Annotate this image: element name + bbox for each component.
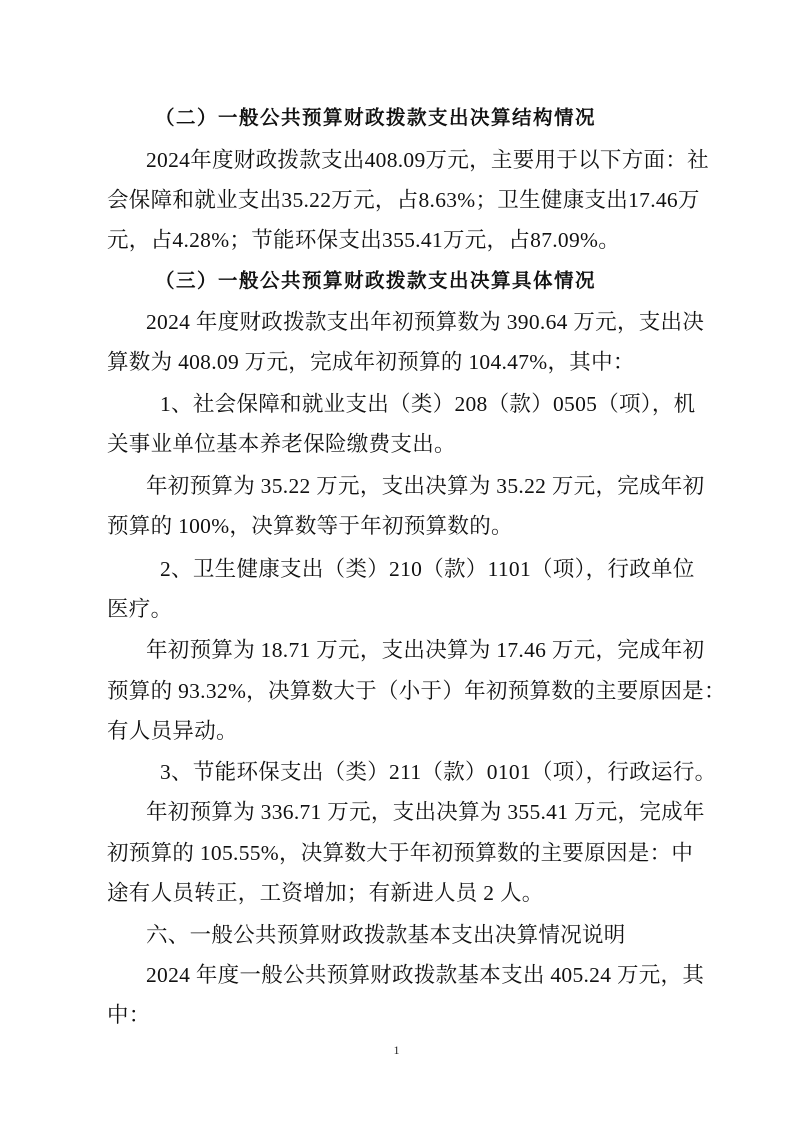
section-2-heading: （二）一般公共预算财政拨款支出决算结构情况 [155, 105, 737, 131]
item-1-title-line: 1、社会保障和就业支出（类）208（款）0505（项），机 [160, 391, 689, 417]
item-3-detail-line: 初预算的 105.55%，决算数大于年初预算数的主要原因是：中 [107, 840, 689, 866]
item-2-detail-line: 预算的 93.32%，决算数大于（小于）年初预算数的主要原因是： [107, 678, 689, 704]
section-3-heading: （三）一般公共预算财政拨款支出决算具体情况 [155, 268, 737, 294]
section-2-paragraph-line: 2024年度财政拨款支出408.09万元，主要用于以下方面：社 [146, 147, 689, 173]
section-6-heading: 六、一般公共预算财政拨款基本支出决算情况说明 [146, 922, 689, 948]
section-6-paragraph-line: 2024 年度一般公共预算财政拨款基本支出 405.24 万元，其 [146, 962, 689, 988]
item-3-title-line: 3、节能环保支出（类）211（款）0101（项），行政运行。 [160, 759, 689, 785]
item-2-detail-line: 有人员异动。 [107, 718, 689, 744]
item-2-title-line: 医疗。 [107, 596, 689, 622]
item-1-detail-line: 年初预算为 35.22 万元，支出决算为 35.22 万元，完成年初 [146, 473, 689, 499]
document-page: （二）一般公共预算财政拨款支出决算结构情况 2024年度财政拨款支出408.09… [0, 0, 793, 1122]
item-1-title-line: 关事业单位基本养老保险缴费支出。 [107, 431, 689, 457]
page-number: 1 [0, 1043, 793, 1057]
section-3-intro-line: 2024 年度财政拨款支出年初预算数为 390.64 万元，支出决 [146, 309, 689, 335]
item-3-detail-line: 年初预算为 336.71 万元，支出决算为 355.41 万元，完成年 [146, 799, 689, 825]
item-2-title-line: 2、卫生健康支出（类）210（款）1101（项），行政单位 [160, 556, 689, 582]
section-2-paragraph-line: 元，占4.28%；节能环保支出355.41万元，占87.09%。 [107, 227, 689, 253]
item-2-detail-line: 年初预算为 18.71 万元，支出决算为 17.46 万元，完成年初 [146, 637, 689, 663]
section-6-paragraph-line: 中： [107, 1002, 689, 1028]
section-3-intro-line: 算数为 408.09 万元，完成年初预算的 104.47%，其中： [107, 349, 689, 375]
item-1-detail-line: 预算的 100%，决算数等于年初预算数的。 [107, 513, 689, 539]
item-3-detail-line: 途有人员转正，工资增加；有新进人员 2 人。 [107, 880, 689, 906]
section-2-paragraph-line: 会保障和就业支出35.22万元，占8.63%；卫生健康支出17.46万 [107, 187, 689, 213]
